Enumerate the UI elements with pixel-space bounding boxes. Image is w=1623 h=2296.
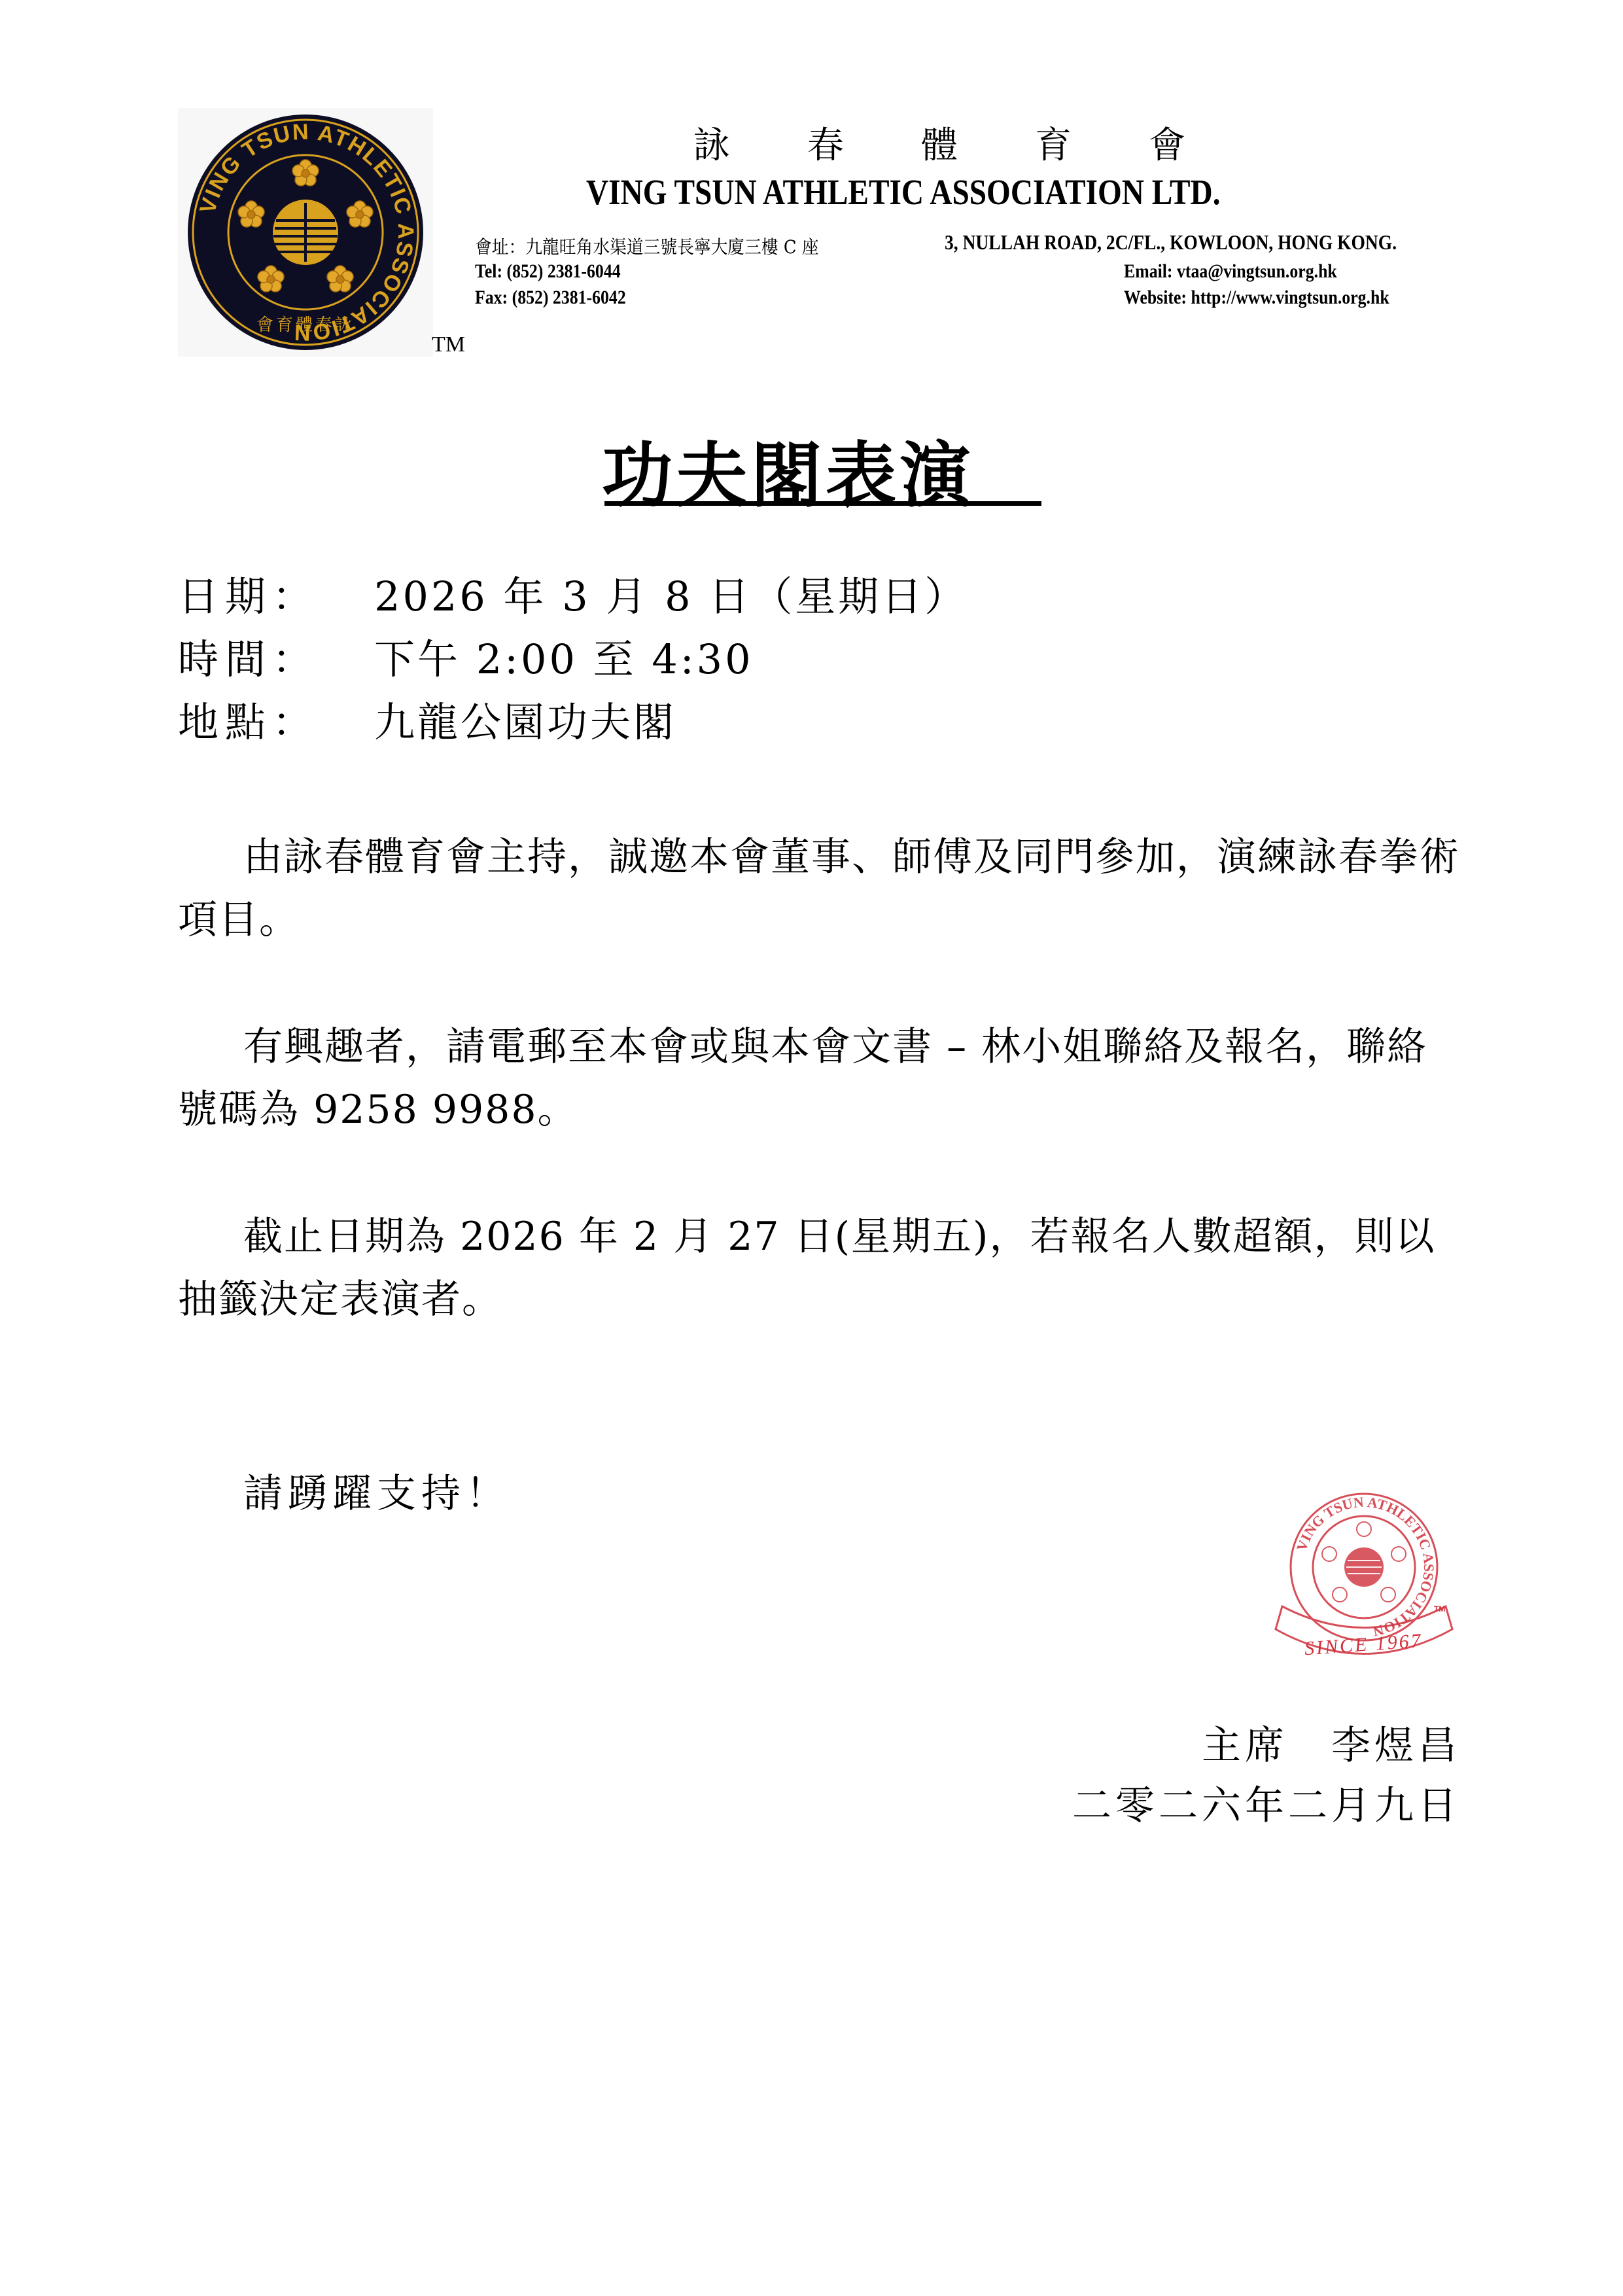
svg-text:SINCE 1967: SINCE 1967	[1304, 1630, 1423, 1660]
plum-blossom-logo-icon: VING TSUN ATHLETIC ASSOCIATION 會育體春詠	[178, 108, 433, 357]
event-date-row: 日期：2026 年 3 月 8 日（星期日）	[178, 564, 968, 622]
email: Email: vtaa@vingtsun.org.hk	[1124, 260, 1337, 283]
address-chinese: 會址：九龍旺角水渠道三號長寧大廈三樓 C 座	[475, 233, 819, 259]
issue-date: 二零二六年二月九日	[1072, 1775, 1461, 1831]
title-underline	[604, 501, 1041, 506]
paragraph-deadline: 截止日期為 2026 年 2 月 27 日(星期五)，若報名人數超額，則以抽籤決…	[178, 1205, 1460, 1331]
paragraph-invitation: 由詠春體育會主持，誠邀本會董事、師傅及同門參加，演練詠春拳術項目。	[178, 826, 1460, 951]
date-value: 2026 年 3 月 8 日（星期日）	[374, 564, 968, 622]
telephone: Tel: (852) 2381-6044	[475, 260, 621, 283]
association-logo: VING TSUN ATHLETIC ASSOCIATION 會育體春詠	[178, 108, 433, 357]
event-venue-row: 地點：九龍公園功夫閣	[178, 690, 676, 748]
chairman-signature: 主席 李煜昌	[1202, 1714, 1461, 1771]
time-value: 下午 2:00 至 4:30	[374, 627, 754, 685]
closing-remark: 請踴躍支持！	[243, 1462, 510, 1519]
fax: Fax: (852) 2381-6042	[475, 287, 626, 309]
seal-stamp-icon: VING TSUN ATHLETIC ASSOCIATION TM SINCE …	[1256, 1489, 1472, 1678]
org-name-english: VING TSUN ATHLETIC ASSOCIATION LTD.	[586, 171, 1221, 213]
venue-label: 地點：	[178, 690, 374, 748]
trademark-mark: TM	[432, 332, 465, 357]
address-english: 3, NULLAH ROAD, 2C/FL., KOWLOON, HONG KO…	[945, 230, 1397, 255]
date-label: 日期：	[178, 564, 374, 622]
website: Website: http://www.vingtsun.org.hk	[1124, 287, 1389, 309]
svg-text:會育體春詠: 會育體春詠	[256, 315, 355, 335]
time-label: 時間：	[178, 627, 374, 685]
paragraph-registration: 有興趣者，請電郵至本會或與本會文書 – 林小姐聯絡及報名，聯絡號碼為 9258 …	[178, 1016, 1460, 1141]
org-name-chinese: 詠春體育會	[693, 116, 1263, 169]
event-time-row: 時間：下午 2:00 至 4:30	[178, 627, 754, 685]
association-seal: VING TSUN ATHLETIC ASSOCIATION TM SINCE …	[1256, 1489, 1472, 1678]
svg-text:TM: TM	[1434, 1604, 1445, 1614]
venue-value: 九龍公園功夫閣	[374, 690, 676, 748]
